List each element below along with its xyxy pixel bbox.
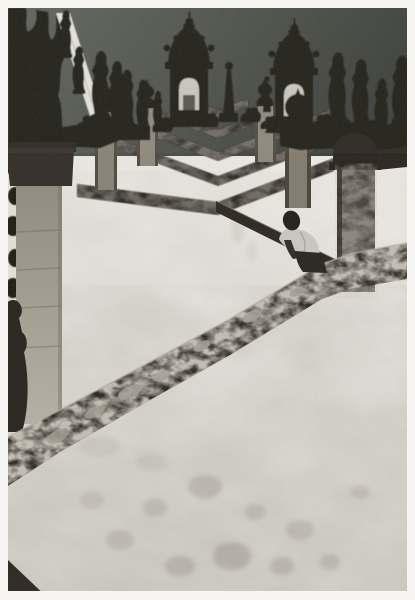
photograph-print: [0, 0, 415, 600]
stairway-photograph: [0, 0, 415, 600]
